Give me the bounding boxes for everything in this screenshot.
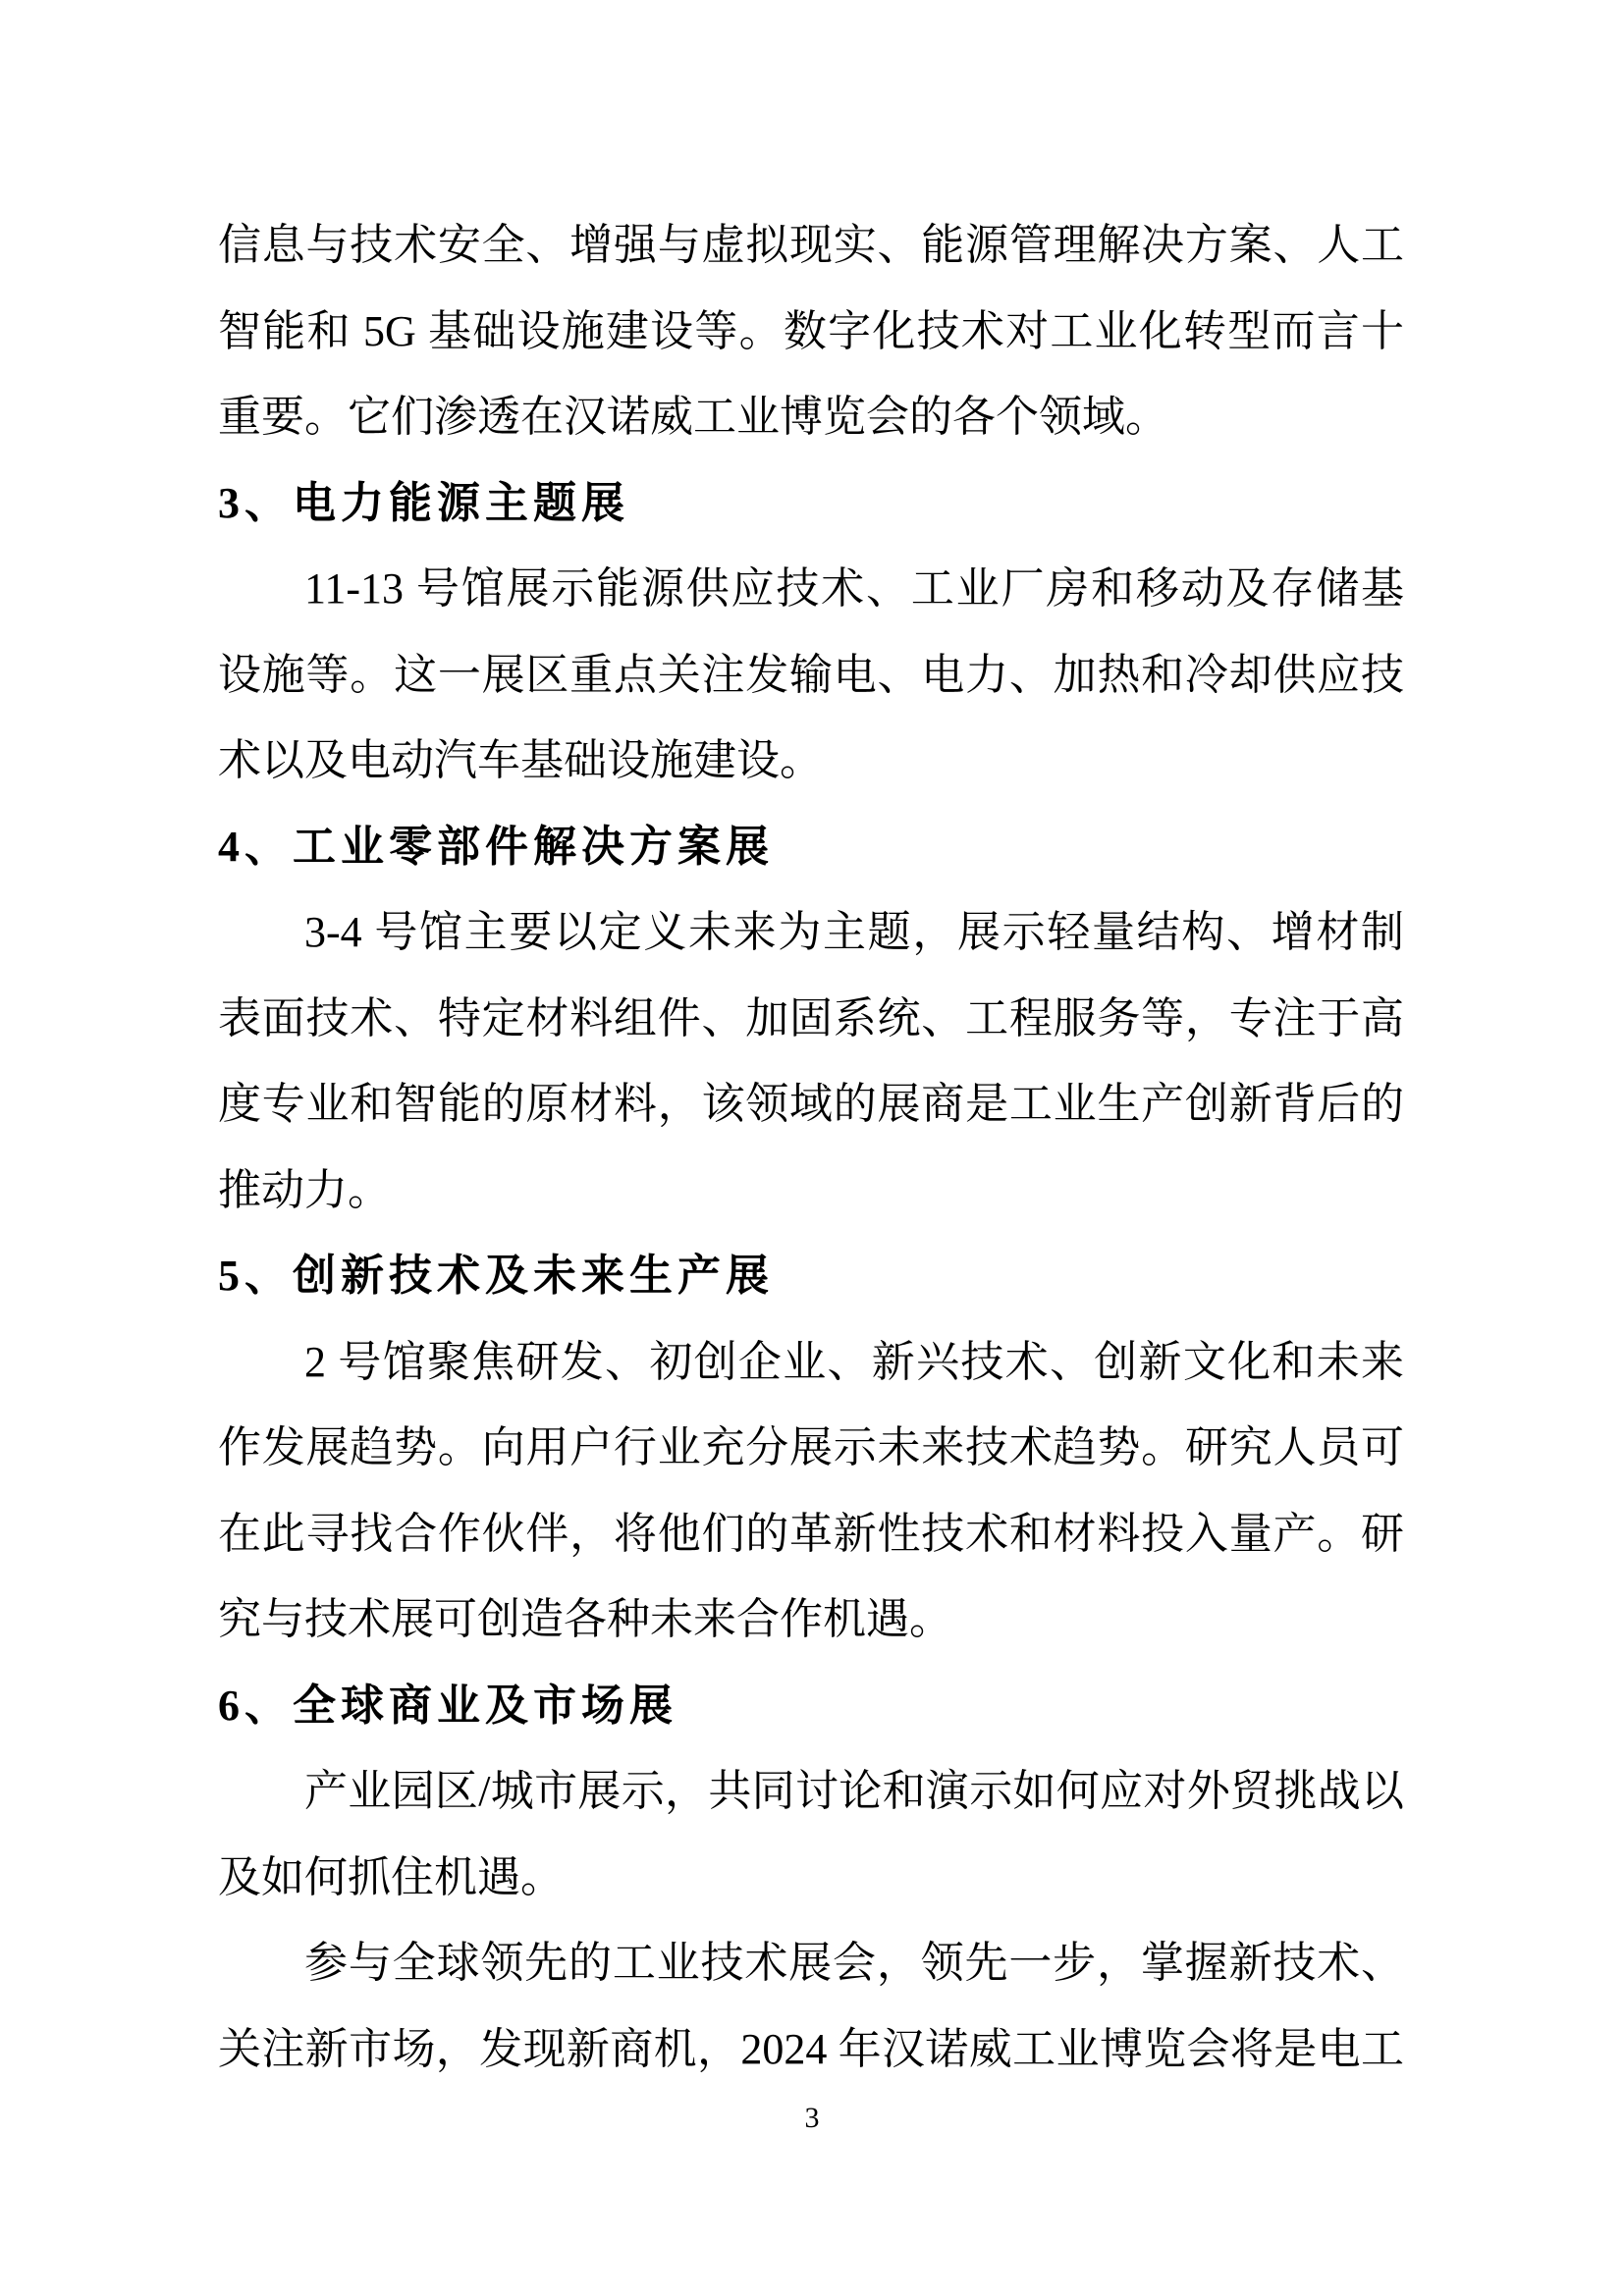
text-line: 推动力。 — [218, 1148, 1404, 1234]
text-line: 在此寻找合作伙伴，将他们的革新性技术和材料投入量产。研 — [218, 1491, 1404, 1577]
section-heading: 6、全球商业及市场展 — [218, 1663, 1404, 1749]
text-line: 及如何抓住机遇。 — [218, 1835, 1404, 1921]
text-line: 重要。它们渗透在汉诺威工业博览会的各个领域。 — [218, 374, 1404, 460]
section-heading: 5、创新技术及未来生产展 — [218, 1233, 1404, 1319]
page-number: 3 — [0, 2099, 1624, 2138]
text-line: 2 号馆聚焦研发、初创企业、新兴技术、创新文化和未来工 — [218, 1319, 1404, 1406]
section-heading: 3、电力能源主题展 — [218, 460, 1404, 547]
text-line: 信息与技术安全、增强与虚拟现实、能源管理解决方案、人工 — [218, 202, 1404, 289]
text-line: 3-4 号馆主要以定义未来为主题，展示轻量结构、增材制造、 — [218, 889, 1404, 976]
text-line: 智能和 5G 基础设施建设等。数字化技术对工业化转型而言十分 — [218, 289, 1404, 375]
text-line: 度专业和智能的原材料，该领域的展商是工业生产创新背后的 — [218, 1061, 1404, 1148]
text-line: 关注新市场，发现新商机，2024 年汉诺威工业博览会将是电工 — [218, 2006, 1404, 2093]
text-line: 作发展趋势。向用户行业充分展示未来技术趋势。研究人员可 — [218, 1405, 1404, 1491]
text-line: 设施等。这一展区重点关注发输电、电力、加热和冷却供应技 — [218, 632, 1404, 719]
text-line: 表面技术、特定材料组件、加固系统、工程服务等，专注于高 — [218, 976, 1404, 1062]
document-page: 信息与技术安全、增强与虚拟现实、能源管理解决方案、人工 智能和 5G 基础设施建… — [0, 0, 1624, 2296]
text-line: 究与技术展可创造各种未来合作机遇。 — [218, 1576, 1404, 1663]
document-body: 信息与技术安全、增强与虚拟现实、能源管理解决方案、人工 智能和 5G 基础设施建… — [218, 202, 1404, 2092]
text-line: 术以及电动汽车基础设施建设。 — [218, 718, 1404, 804]
text-line: 参与全球领先的工业技术展会，领先一步，掌握新技术、 — [218, 1920, 1404, 2006]
text-line: 产业园区/城市展示，共同讨论和演示如何应对外贸挑战以 — [218, 1748, 1404, 1835]
section-heading: 4、工业零部件解决方案展 — [218, 804, 1404, 890]
text-line: 11-13 号馆展示能源供应技术、工业厂房和移动及存储基础 — [218, 546, 1404, 632]
